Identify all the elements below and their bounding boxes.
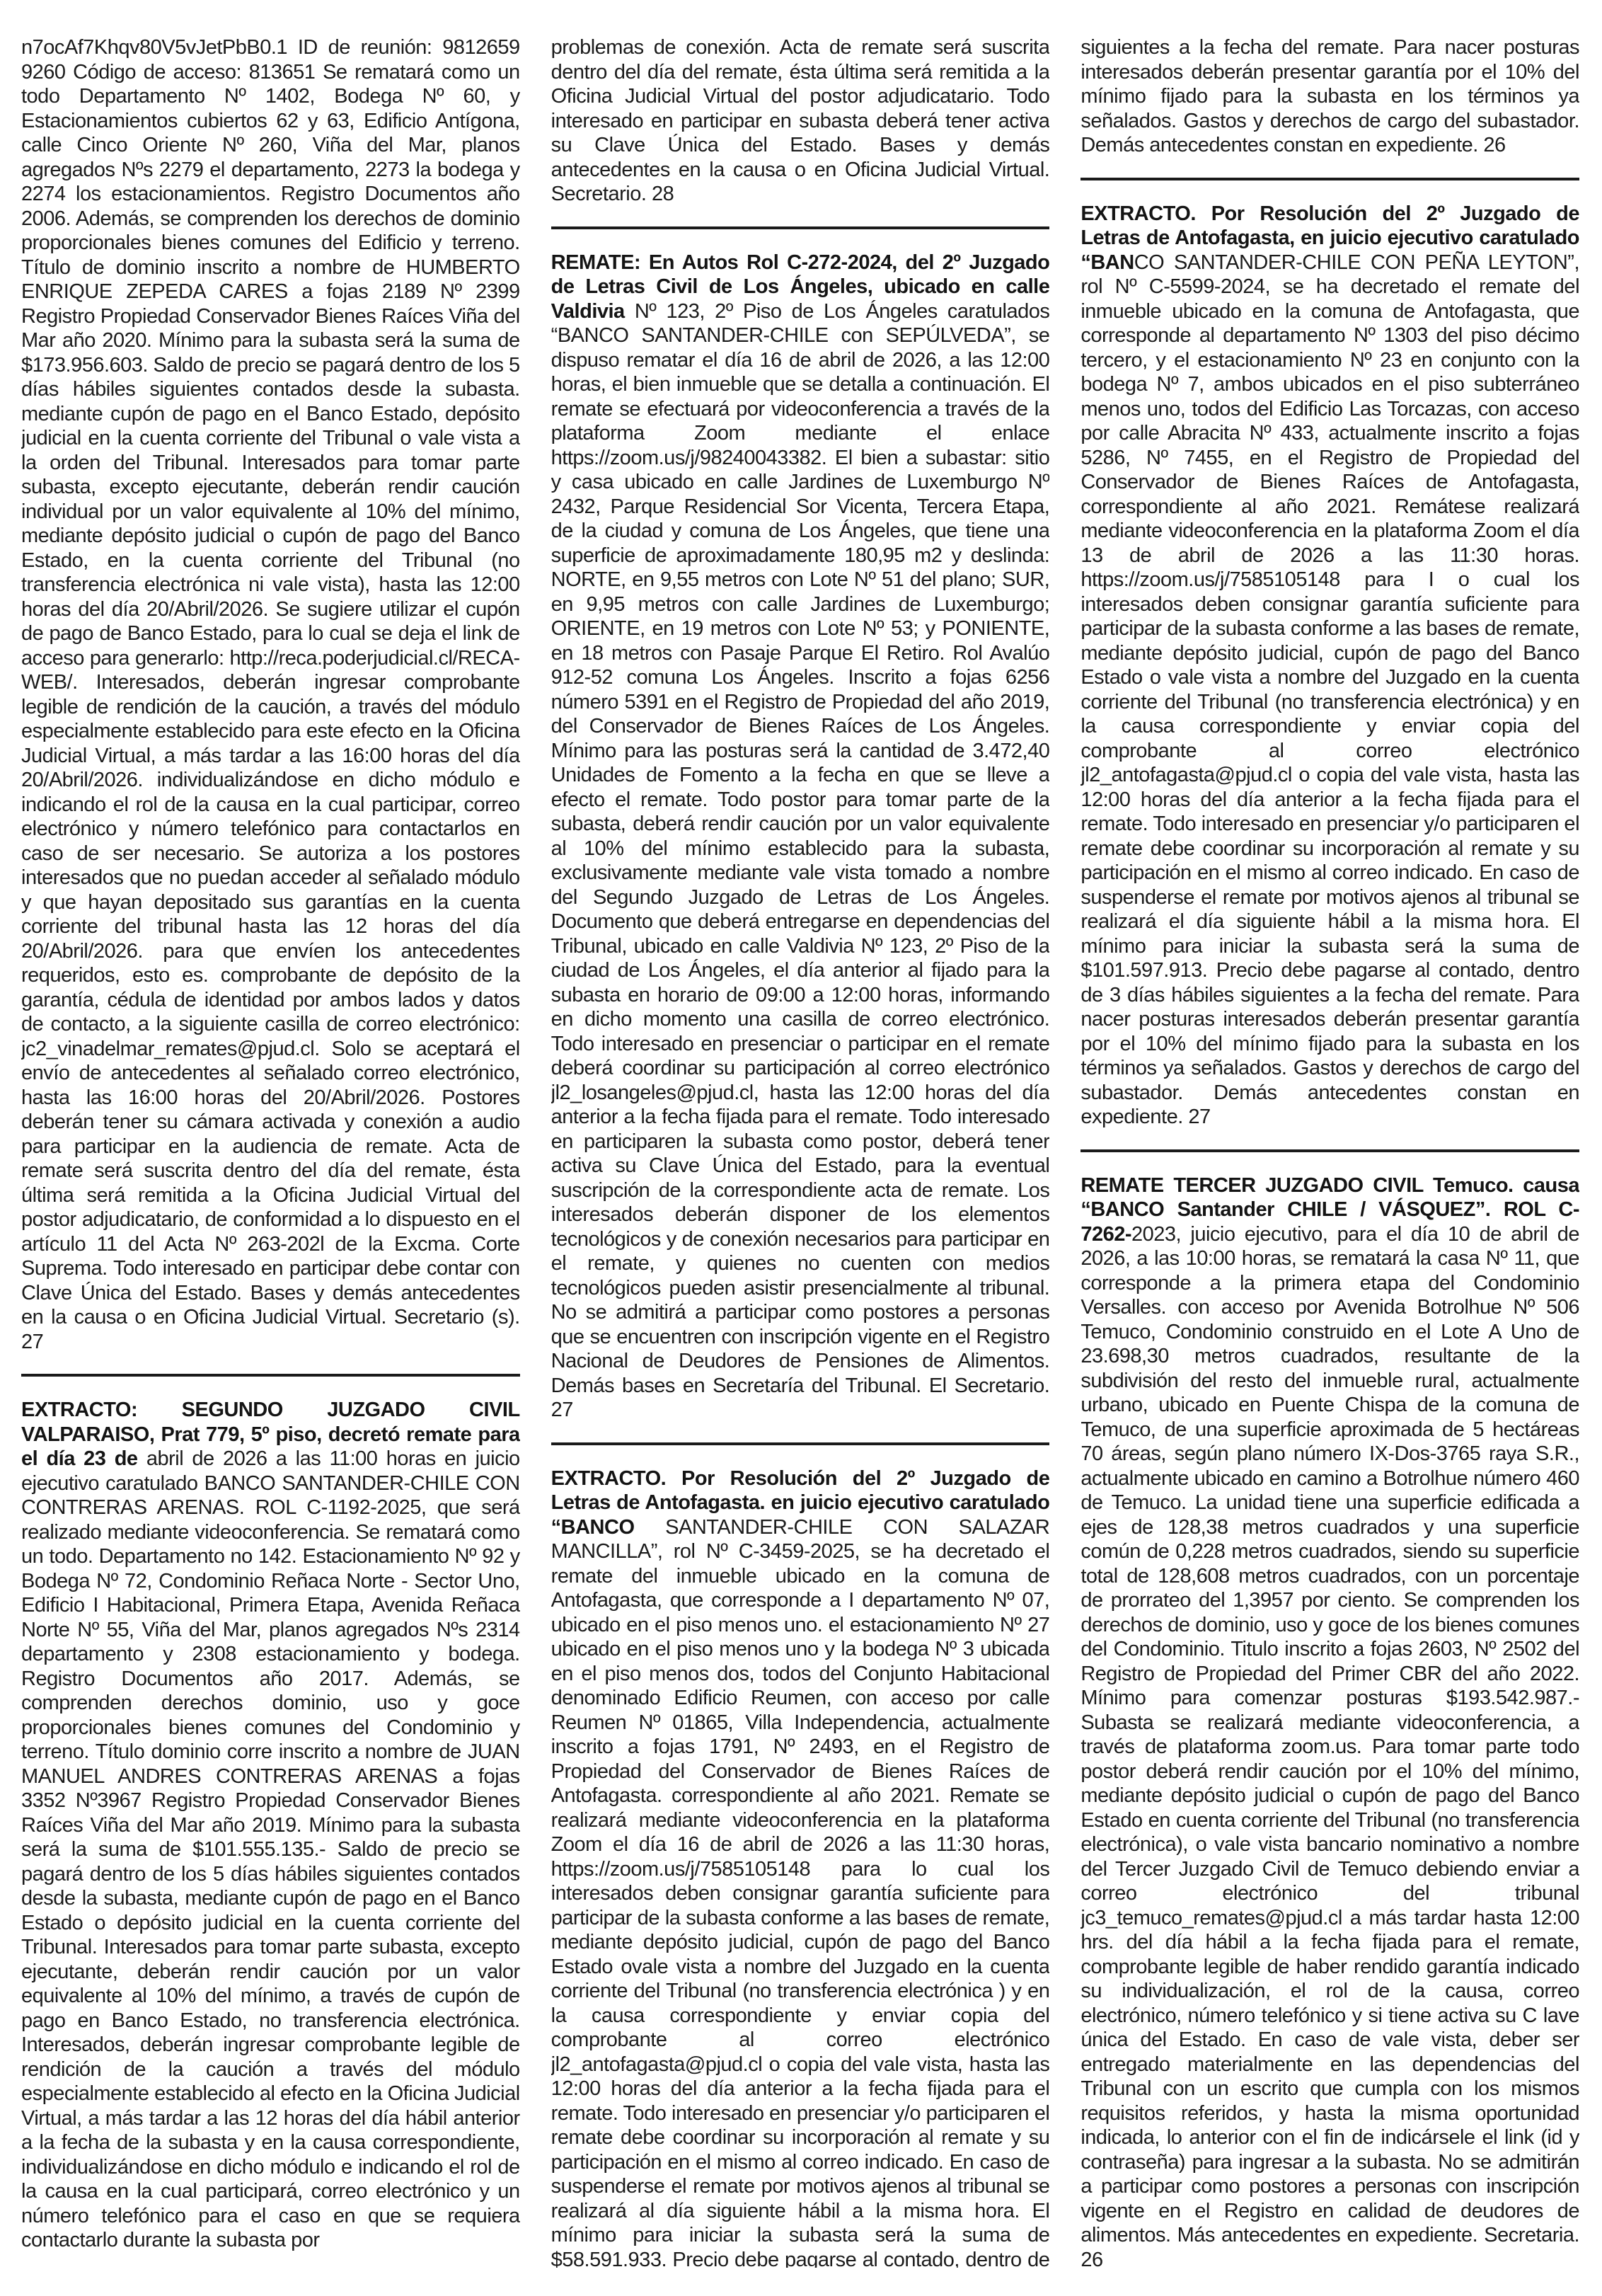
column-1: n7ocAf7Khqv80V5vJetPbB0.1 ID de reunión:… (21, 35, 520, 2268)
notice: n7ocAf7Khqv80V5vJetPbB0.1 ID de reunión:… (21, 35, 520, 1354)
notice-body: SANTANDER-CHILE CON SALAZAR MANCILLA”, r… (551, 1516, 1050, 2268)
notice: EXTRACTO. Por Resolución del 2º Juzgado … (551, 1466, 1050, 2268)
notice-body: 2023, juicio ejecutivo, para el día 10 d… (1081, 1223, 1579, 2268)
notice-body: n7ocAf7Khqv80V5vJetPbB0.1 ID de reunión:… (21, 36, 520, 1353)
column-2: problemas de conexión. Acta de remate se… (551, 35, 1050, 2268)
legal-notices-page: n7ocAf7Khqv80V5vJetPbB0.1 ID de reunión:… (0, 0, 1602, 2296)
notice-divider (551, 226, 1050, 229)
notice-body: Nº 123, 2º Piso de Los Ángeles caratulad… (551, 300, 1050, 1422)
notice: REMATE TERCER JUZGADO CIVIL Temuco. caus… (1081, 1173, 1579, 2268)
notice: REMATE: En Autos Rol C-272-2024, del 2º … (551, 251, 1050, 1423)
notice-text: EXTRACTO. Por Resolución del 2º Juzgado … (551, 1466, 1050, 2268)
notice-body: problemas de conexión. Acta de remate se… (551, 36, 1050, 205)
column-3: siguientes a la fecha del remate. Para n… (1081, 35, 1579, 2268)
notice-text: n7ocAf7Khqv80V5vJetPbB0.1 ID de reunión:… (21, 35, 520, 1354)
notice-body: siguientes a la fecha del remate. Para n… (1081, 36, 1579, 156)
notice-divider (1081, 1149, 1579, 1152)
notice: EXTRACTO: SEGUNDO JUZGADO CIVIL VALPARAI… (21, 1398, 520, 2253)
notice-body: CO SANTANDER-CHILE CON PEÑA LEYTON”, rol… (1081, 251, 1579, 1129)
notice-divider (21, 1374, 520, 1377)
notice-text: REMATE TERCER JUZGADO CIVIL Temuco. caus… (1081, 1173, 1579, 2268)
notice-body: abril de 2026 a las 11:00 horas en juici… (21, 1447, 520, 2251)
notice-text: problemas de conexión. Acta de remate se… (551, 35, 1050, 207)
notice: siguientes a la fecha del remate. Para n… (1081, 35, 1579, 158)
notice-text: siguientes a la fecha del remate. Para n… (1081, 35, 1579, 158)
notice-divider (551, 1442, 1050, 1445)
notice-text: EXTRACTO: SEGUNDO JUZGADO CIVIL VALPARAI… (21, 1398, 520, 2253)
notice-divider (1081, 178, 1579, 180)
notice: EXTRACTO. Por Resolución del 2º Juzgado … (1081, 202, 1579, 1130)
notice-text: EXTRACTO. Por Resolución del 2º Juzgado … (1081, 202, 1579, 1130)
notice-text: REMATE: En Autos Rol C-272-2024, del 2º … (551, 251, 1050, 1423)
notice: problemas de conexión. Acta de remate se… (551, 35, 1050, 207)
